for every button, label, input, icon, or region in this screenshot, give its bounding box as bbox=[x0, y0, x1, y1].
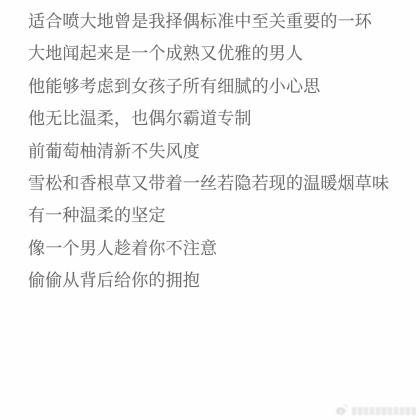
text-line: 他无比温柔，也偶尔霸道专制 bbox=[28, 103, 412, 135]
watermark bbox=[334, 404, 416, 417]
weibo-watermark-icon bbox=[334, 404, 348, 417]
text-line: 有一种温柔的坚定 bbox=[28, 200, 412, 232]
text-line: 大地闻起来是一个成熟又优雅的男人 bbox=[28, 38, 412, 70]
post-text-block: 适合喷大地曾是我择偶标准中至关重要的一环 大地闻起来是一个成熟又优雅的男人 他能… bbox=[28, 6, 412, 298]
text-line: 前葡萄柚清新不失风度 bbox=[28, 136, 412, 168]
post-screenshot: 适合喷大地曾是我择偶标准中至关重要的一环 大地闻起来是一个成熟又优雅的男人 他能… bbox=[0, 0, 420, 420]
text-line: 像一个男人趁着你不注意 bbox=[28, 233, 412, 265]
watermark-text bbox=[352, 407, 416, 415]
text-line: 他能够考虑到女孩子所有细腻的小心思 bbox=[28, 71, 412, 103]
text-line: 适合喷大地曾是我择偶标准中至关重要的一环 bbox=[28, 6, 412, 38]
text-line: 偷偷从背后给你的拥抱 bbox=[28, 265, 412, 297]
text-line: 雪松和香根草又带着一丝若隐若现的温暖烟草味 bbox=[28, 168, 412, 200]
